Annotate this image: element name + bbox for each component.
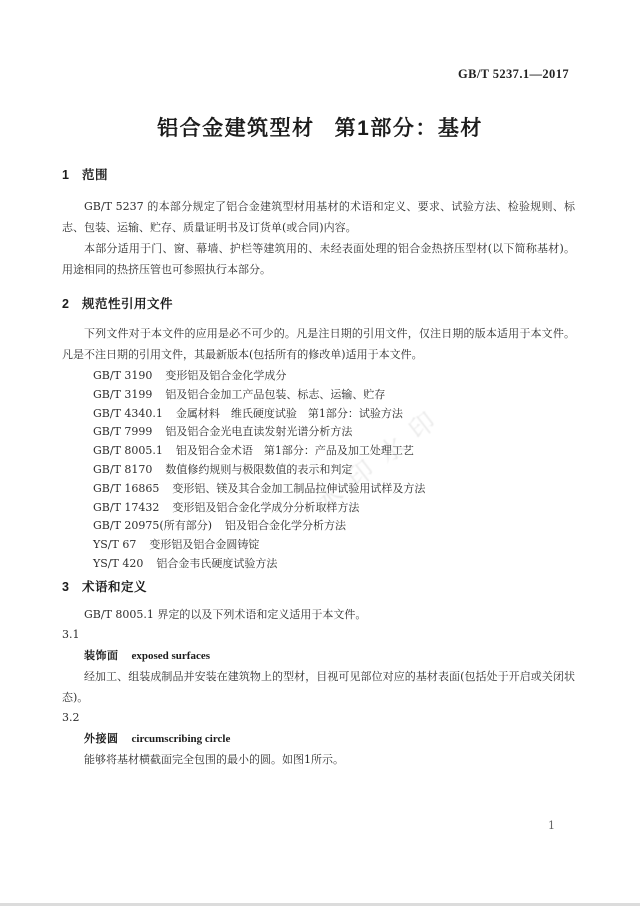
reference-code: GB/T 3190 <box>93 367 152 386</box>
section-1-number: 1 <box>62 168 69 182</box>
section-2-heading: 2规范性引用文件 <box>62 297 575 311</box>
term-english: exposed surfaces <box>132 650 211 662</box>
document-page: 水印水印 GB/T 5237.1—2017 铝合金建筑型材第1部分：基材 1范围… <box>0 0 640 906</box>
reference-title: 铝及铝合金化学分析方法 <box>225 519 346 532</box>
section-3-heading: 3术语和定义 <box>62 580 575 594</box>
reference-title: 铝及铝合金加工产品包装、标志、运输、贮存 <box>165 388 385 401</box>
section-1-heading: 1范围 <box>62 168 575 182</box>
reference-title: 金属材料 维氏硬度试验 第1部分：试验方法 <box>176 407 403 420</box>
document-body: 1范围 GB/T 5237 的本部分规定了铝合金建筑型材用基材的术语和定义、要求… <box>62 168 575 770</box>
term-definition-3-1: 经加工、组装成制品并安装在建筑物上的型材，目视可见部位对应的基材表面(包括处于开… <box>62 666 575 708</box>
reference-item: GB/T 4340.1金属材料 维氏硬度试验 第1部分：试验方法 <box>93 405 575 424</box>
section-1-paragraph-1: GB/T 5237 的本部分规定了铝合金建筑型材用基材的术语和定义、要求、试验方… <box>62 196 575 238</box>
reference-code: GB/T 3199 <box>93 386 152 405</box>
reference-item: GB/T 16865变形铝、镁及其合金加工制品拉伸试验用试样及方法 <box>93 480 575 499</box>
reference-code: GB/T 16865 <box>93 480 159 499</box>
document-title-part2: 第1部分：基材 <box>335 117 483 140</box>
term-number-3-2: 3.2 <box>62 710 575 726</box>
references-list: GB/T 3190变形铝及铝合金化学成分 GB/T 3199铝及铝合金加工产品包… <box>93 367 575 574</box>
reference-title: 变形铝及铝合金化学成分 <box>165 369 286 382</box>
section-3-intro: GB/T 8005.1 界定的以及下列术语和定义适用于本文件。 <box>62 604 575 625</box>
reference-title: 数值修约规则与极限数值的表示和判定 <box>165 463 352 476</box>
document-title-part1: 铝合金建筑型材 <box>157 117 315 140</box>
reference-title: 变形铝及铝合金化学成分分析取样方法 <box>172 501 359 514</box>
reference-item: GB/T 20975(所有部分)铝及铝合金化学分析方法 <box>93 517 575 536</box>
reference-title: 铝合金韦氏硬度试验方法 <box>156 557 277 570</box>
reference-code: GB/T 8170 <box>93 461 152 480</box>
standard-code-header: GB/T 5237.1—2017 <box>458 67 569 82</box>
reference-item: GB/T 7999铝及铝合金光电直读发射光谱分析方法 <box>93 423 575 442</box>
term-definition-3-2: 能够将基材横截面完全包围的最小的圆。如图1所示。 <box>62 749 575 770</box>
term-line-3-1: 装饰面exposed surfaces <box>62 648 575 664</box>
reference-title: 铝及铝合金术语 第1部分：产品及加工处理工艺 <box>176 444 414 457</box>
reference-item: GB/T 3199铝及铝合金加工产品包装、标志、运输、贮存 <box>93 386 575 405</box>
term-chinese: 装饰面 <box>84 650 119 662</box>
reference-code: GB/T 8005.1 <box>93 442 163 461</box>
reference-item: GB/T 8005.1铝及铝合金术语 第1部分：产品及加工处理工艺 <box>93 442 575 461</box>
reference-code: GB/T 17432 <box>93 499 159 518</box>
term-number-3-1: 3.1 <box>62 627 575 643</box>
section-1-title: 范围 <box>82 168 108 182</box>
section-2-intro: 下列文件对于本文件的应用是必不可少的。凡是注日期的引用文件，仅注日期的版本适用于… <box>62 323 575 365</box>
section-2-number: 2 <box>62 297 69 311</box>
reference-item: GB/T 3190变形铝及铝合金化学成分 <box>93 367 575 386</box>
reference-code: YS/T 67 <box>93 536 136 555</box>
reference-title: 变形铝、镁及其合金加工制品拉伸试验用试样及方法 <box>172 482 425 495</box>
section-2-title: 规范性引用文件 <box>82 297 173 311</box>
reference-code: YS/T 420 <box>93 555 143 574</box>
page-number: 1 <box>548 819 555 832</box>
reference-item: YS/T 420铝合金韦氏硬度试验方法 <box>93 555 575 574</box>
reference-item: YS/T 67变形铝及铝合金圆铸锭 <box>93 536 575 555</box>
section-1-paragraph-2: 本部分适用于门、窗、幕墙、护栏等建筑用的、未经表面处理的铝合金热挤压型材(以下简… <box>62 238 575 280</box>
section-3-number: 3 <box>62 580 69 594</box>
reference-code: GB/T 7999 <box>93 423 152 442</box>
reference-code: GB/T 4340.1 <box>93 405 163 424</box>
term-line-3-2: 外接圆circumscribing circle <box>62 731 575 747</box>
reference-item: GB/T 17432变形铝及铝合金化学成分分析取样方法 <box>93 499 575 518</box>
term-chinese: 外接圆 <box>84 733 119 745</box>
document-title: 铝合金建筑型材第1部分：基材 <box>0 112 640 142</box>
reference-code: GB/T 20975(所有部分) <box>93 517 212 536</box>
reference-title: 铝及铝合金光电直读发射光谱分析方法 <box>165 425 352 438</box>
term-english: circumscribing circle <box>132 733 231 745</box>
reference-item: GB/T 8170数值修约规则与极限数值的表示和判定 <box>93 461 575 480</box>
reference-title: 变形铝及铝合金圆铸锭 <box>149 538 259 551</box>
section-3-title: 术语和定义 <box>82 580 147 594</box>
